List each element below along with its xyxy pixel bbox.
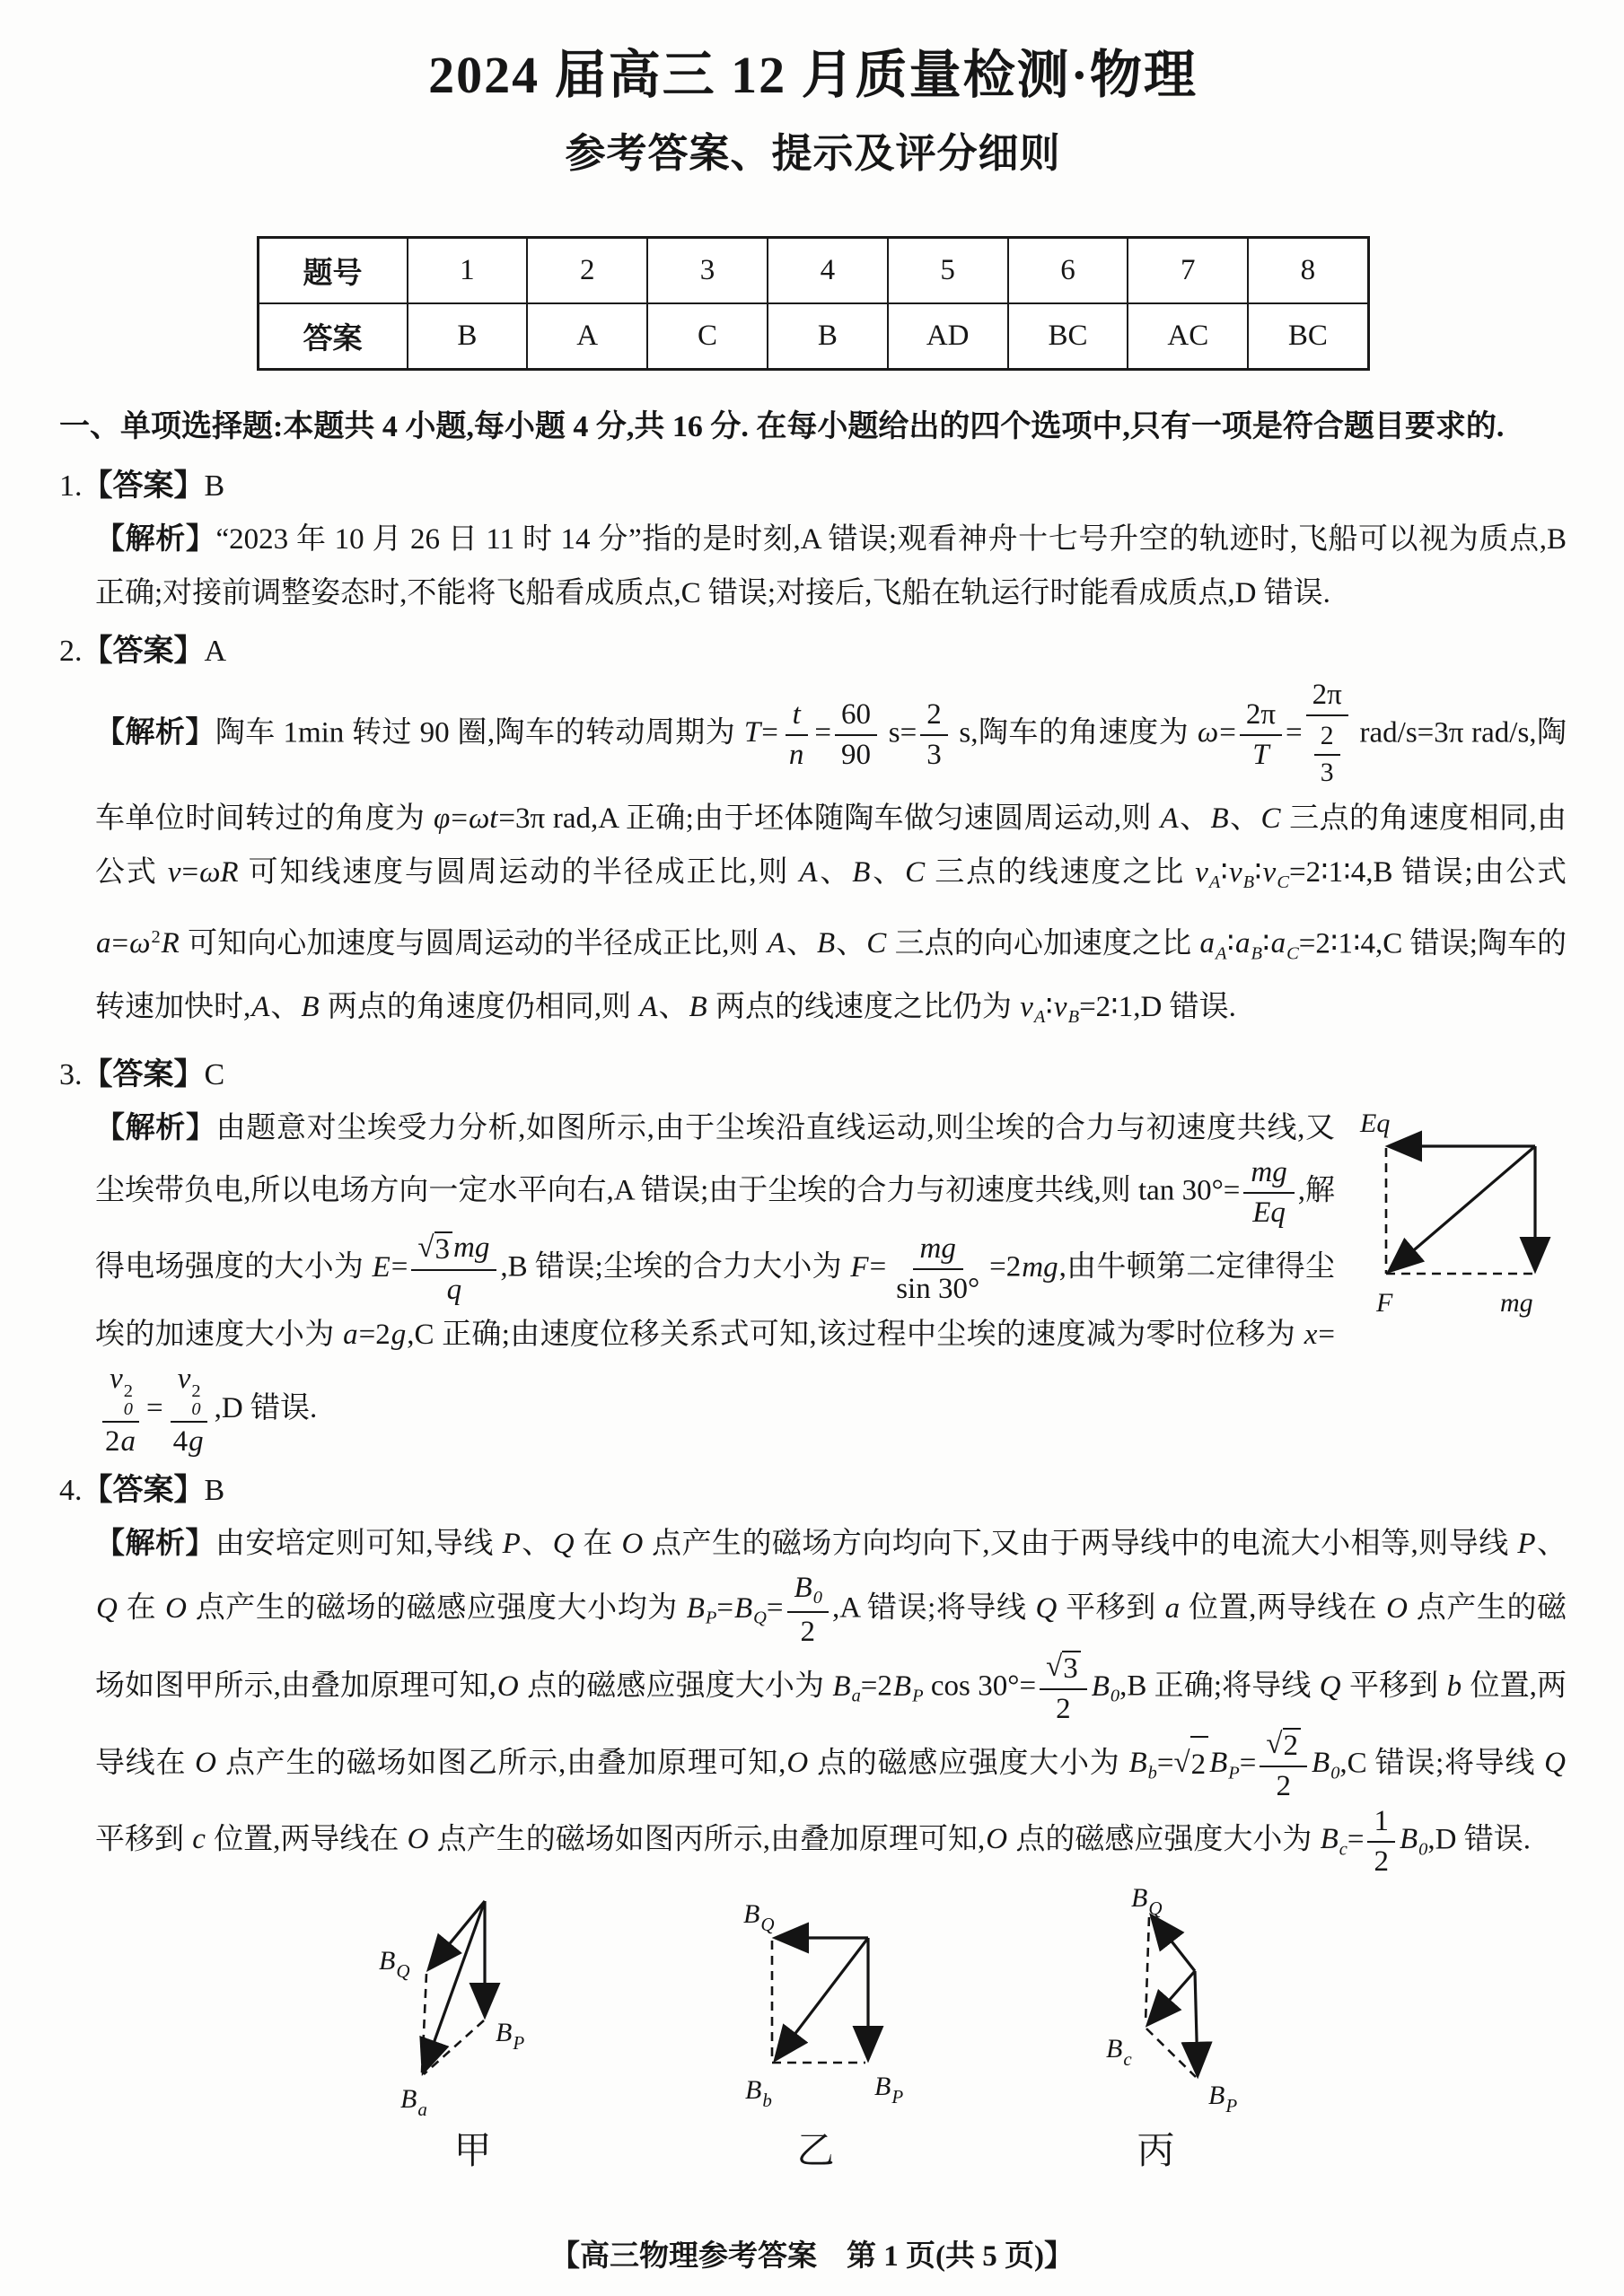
answer-label: 【答案】 (83, 469, 205, 503)
force-label-f: F (1375, 1288, 1393, 1318)
vector-diagram-bing-svg: BQ Bc BP (1056, 1887, 1257, 2118)
bp-vector-arrow (1195, 1971, 1198, 2073)
answer-cell: AD (888, 303, 1008, 370)
question-3-block: 3.【答案】C Eq F mg (59, 1049, 1567, 1459)
question-number: 2. (59, 635, 83, 668)
answer-cell: BC (1008, 303, 1128, 370)
question-number-cell: 2 (527, 238, 647, 304)
question-number-cell: 5 (888, 238, 1008, 304)
answer-cell: AC (1128, 303, 1248, 370)
f-vector-arrow (1391, 1146, 1535, 1270)
bc-vector-arrow (1149, 1971, 1195, 2023)
page-subtitle: 参考答案、提示及评分细则 (59, 120, 1567, 179)
page-footer: 【高三物理参考答案 第 1 页(共 5 页)】 (0, 2232, 1624, 2274)
vector-diagram-bing: BQ Bc BP 丙 (1056, 1887, 1257, 2175)
question-number: 3. (59, 1058, 83, 1091)
explanation-4: 【解析】由安培定则可知,导线 P、Q 在 O 点产生的磁场方向均向下,又由于两导… (95, 1517, 1567, 1880)
answer-line-4: 4.【答案】B (59, 1465, 1567, 1517)
label-bc: Bc (1106, 2034, 1132, 2070)
question-4-block: 4.【答案】B 【解析】由安培定则可知,导线 P、Q 在 O 点产生的磁场方向均… (59, 1465, 1567, 1880)
force-label-eq: Eq (1359, 1109, 1390, 1138)
answer-letter: B (205, 1474, 225, 1507)
vector-diagrams-row: BQ BP Ba 甲 (59, 1887, 1567, 2175)
vector-diagram-yi-svg: BQ BP Bb (720, 1887, 912, 2118)
answer-cell: BC (1248, 303, 1368, 370)
answer-label: 【答案】 (83, 1474, 205, 1507)
question-number-cell: 1 (408, 238, 528, 304)
explanation-3: Eq F mg 【解析】由题意对尘埃受力分析,如图所示,由于尘埃沿直线运动,则尘… (95, 1101, 1567, 1459)
question-number-cell: 6 (1008, 238, 1128, 304)
bq-vector-arrow (430, 1901, 485, 1967)
table-row-question-numbers: 题号 1 2 3 4 5 6 7 8 (258, 238, 1368, 304)
label-bb: Bb (745, 2075, 772, 2111)
vector-diagram-yi: BQ BP Bb 乙 (720, 1887, 912, 2175)
bq-vector-arrow (1153, 1917, 1195, 1971)
label-ba: Ba (400, 2084, 427, 2118)
section-heading: 一、单项选择题:本题共 4 小题,每小题 4 分,共 16 分. 在每小题给出的… (59, 399, 1567, 455)
question-number-cell: 7 (1128, 238, 1248, 304)
answer-cell: B (408, 303, 528, 370)
construction-line (1146, 2029, 1196, 2077)
label-bq: BQ (1131, 1887, 1163, 1919)
diagram-caption-bing: 丙 (1056, 2121, 1257, 2175)
label-bp: BP (874, 2072, 903, 2108)
page-title: 2024 届高三 12 月质量检测·物理 (59, 32, 1567, 108)
force-diagram: Eq F mg (1358, 1103, 1567, 1324)
ba-vector-arrow (424, 1901, 485, 2071)
force-label-mg: mg (1500, 1288, 1533, 1318)
question-number-cell: 3 (647, 238, 768, 304)
answer-cell: A (527, 303, 647, 370)
explanation-2: 【解析】陶车 1min 转过 90 圈,陶车的转动周期为 T=tn=6090 s… (95, 678, 1567, 1044)
explanation-1: 【解析】“2023 年 10 月 26 日 11 时 14 分”指的是时刻,A … (95, 513, 1567, 620)
answer-table: 题号 1 2 3 4 5 6 7 8 答案 B A C B AD (257, 236, 1370, 371)
diagram-caption-jia: 甲 (370, 2121, 576, 2175)
question-1-block: 1.【答案】B 【解析】“2023 年 10 月 26 日 11 时 14 分”… (59, 460, 1567, 620)
label-bq: BQ (743, 1899, 775, 1935)
question-number: 4. (59, 1474, 83, 1507)
label-bp: BP (496, 2018, 524, 2054)
answer-line-2: 2.【答案】A (59, 626, 1567, 678)
question-number: 1. (59, 469, 83, 503)
question-number-cell: 4 (768, 238, 888, 304)
answer-label: 【答案】 (83, 1058, 205, 1091)
answer-letter: C (205, 1058, 225, 1091)
question-2-block: 2.【答案】A 【解析】陶车 1min 转过 90 圈,陶车的转动周期为 T=t… (59, 626, 1567, 1044)
construction-line (422, 1974, 426, 2073)
answer-label: 【答案】 (83, 635, 205, 668)
vector-diagram-jia: BQ BP Ba 甲 (370, 1887, 576, 2175)
answer-cell: B (768, 303, 888, 370)
exam-answer-page: 2024 届高三 12 月质量检测·物理 参考答案、提示及评分细则 题号 1 2… (0, 0, 1624, 2296)
label-bp: BP (1208, 2081, 1237, 2116)
diagram-caption-yi: 乙 (720, 2121, 912, 2175)
answer-letter: B (205, 469, 225, 503)
header-cell-daan: 答案 (258, 303, 408, 370)
answer-line-1: 1.【答案】B (59, 460, 1567, 513)
question-number-cell: 8 (1248, 238, 1368, 304)
table-row-answers: 答案 B A C B AD BC AC BC (258, 303, 1368, 370)
bb-vector-arrow (777, 1938, 868, 2058)
header-cell-tihao: 题号 (258, 238, 408, 304)
vector-diagram-jia-svg: BQ BP Ba (370, 1887, 576, 2118)
label-bq: BQ (379, 1946, 410, 1982)
answer-line-3: 3.【答案】C (59, 1049, 1567, 1101)
construction-line (1146, 1917, 1149, 2023)
answer-letter: A (205, 635, 227, 668)
answer-cell: C (647, 303, 768, 370)
